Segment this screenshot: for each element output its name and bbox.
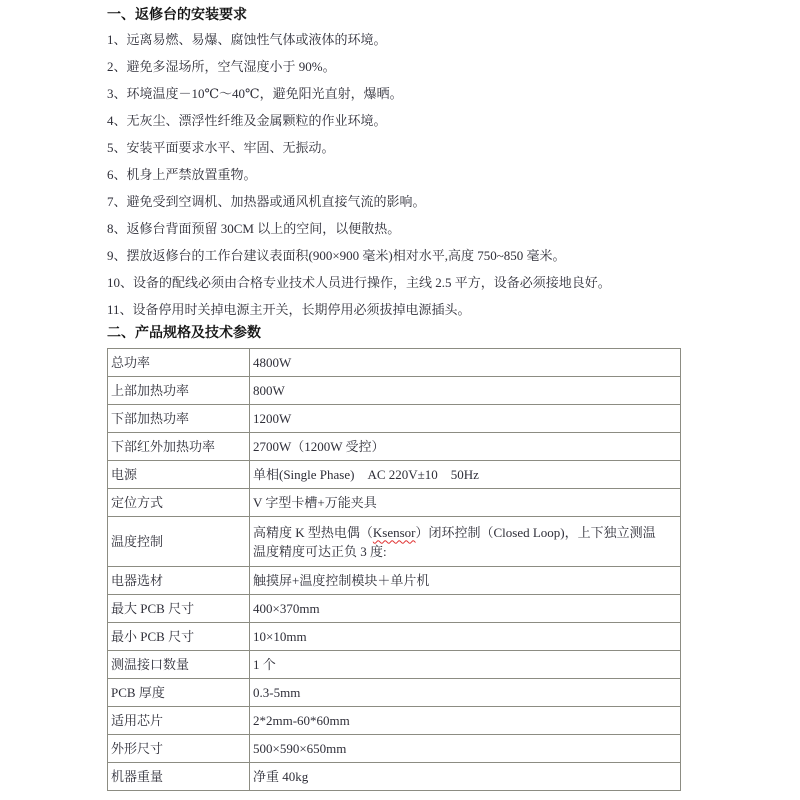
spec-label-cell: 总功率	[108, 349, 250, 377]
installation-requirements-list: 1、远离易燃、易爆、腐蚀性气体或液体的环境。 2、避免多湿场所，空气湿度小于 9…	[107, 26, 707, 323]
spec-value-cell: 2*2mm-60*60mm	[250, 707, 681, 735]
list-item: 11、设备停用时关掉电源主开关，长期停用必须拔掉电源插头。	[107, 296, 707, 323]
spec-label-cell: 下部红外加热功率	[108, 433, 250, 461]
spec-value-cell: 高精度 K 型热电偶（Ksensor）闭环控制（Closed Loop)，上下独…	[250, 517, 681, 567]
spec-label-cell: 最小 PCB 尺寸	[108, 623, 250, 651]
table-row: 最大 PCB 尺寸 400×370mm	[108, 595, 681, 623]
spec-value-cell: 触摸屏+温度控制模块＋单片机	[250, 567, 681, 595]
spec-value-cell: 1200W	[250, 405, 681, 433]
list-item: 3、环境温度－10℃～40℃，避免阳光直射，爆晒。	[107, 80, 707, 107]
misspelled-word: Ksensor	[373, 525, 416, 540]
table-row: 温度控制 高精度 K 型热电偶（Ksensor）闭环控制（Closed Loop…	[108, 517, 681, 567]
list-item: 7、避免受到空调机、加热器或通风机直接气流的影响。	[107, 188, 707, 215]
table-row: 下部红外加热功率 2700W（1200W 受控）	[108, 433, 681, 461]
spec-value-cell: 净重 40kg	[250, 763, 681, 791]
spec-label-cell: 机器重量	[108, 763, 250, 791]
section-1-heading: 一、返修台的安装要求	[107, 8, 707, 23]
table-row: PCB 厚度 0.3-5mm	[108, 679, 681, 707]
table-row: 电源 单相(Single Phase) AC 220V±10 50Hz	[108, 461, 681, 489]
spec-label-cell: 温度控制	[108, 517, 250, 567]
spec-label-cell: 适用芯片	[108, 707, 250, 735]
spec-label-cell: 下部加热功率	[108, 405, 250, 433]
list-item: 4、无灰尘、漂浮性纤维及金属颗粒的作业环境。	[107, 107, 707, 134]
table-row: 测温接口数量 1 个	[108, 651, 681, 679]
spec-label-cell: 测温接口数量	[108, 651, 250, 679]
table-row: 电器选材 触摸屏+温度控制模块＋单片机	[108, 567, 681, 595]
table-row: 最小 PCB 尺寸 10×10mm	[108, 623, 681, 651]
spec-value-cell: 500×590×650mm	[250, 735, 681, 763]
spec-value-cell: 4800W	[250, 349, 681, 377]
value-text: 高精度 K 型热电偶（	[253, 525, 373, 540]
table-row: 下部加热功率 1200W	[108, 405, 681, 433]
list-item: 6、机身上严禁放置重物。	[107, 161, 707, 188]
spec-value-cell: 400×370mm	[250, 595, 681, 623]
table-row: 机器重量 净重 40kg	[108, 763, 681, 791]
spec-label-cell: 电器选材	[108, 567, 250, 595]
spec-value-cell: 单相(Single Phase) AC 220V±10 50Hz	[250, 461, 681, 489]
spec-value-cell: 2700W（1200W 受控）	[250, 433, 681, 461]
table-row: 适用芯片 2*2mm-60*60mm	[108, 707, 681, 735]
list-item: 5、安装平面要求水平、牢固、无振动。	[107, 134, 707, 161]
spec-value-cell: 1 个	[250, 651, 681, 679]
table-row: 上部加热功率 800W	[108, 377, 681, 405]
spec-value-cell: 0.3-5mm	[250, 679, 681, 707]
spec-label-cell: 上部加热功率	[108, 377, 250, 405]
table-row: 外形尺寸 500×590×650mm	[108, 735, 681, 763]
list-item: 1、远离易燃、易爆、腐蚀性气体或液体的环境。	[107, 26, 707, 53]
document-page: 一、返修台的安装要求 1、远离易燃、易爆、腐蚀性气体或液体的环境。 2、避免多湿…	[0, 0, 707, 791]
list-item: 8、返修台背面预留 30CM 以上的空间，以便散热。	[107, 215, 707, 242]
spec-label-cell: 电源	[108, 461, 250, 489]
spec-label-cell: PCB 厚度	[108, 679, 250, 707]
table-row: 定位方式 V 字型卡槽+万能夹具	[108, 489, 681, 517]
spec-label-cell: 定位方式	[108, 489, 250, 517]
list-item: 10、设备的配线必须由合格专业技术人员进行操作，主线 2.5 平方，设备必须接地…	[107, 269, 707, 296]
table-row: 总功率 4800W	[108, 349, 681, 377]
spec-table: 总功率 4800W 上部加热功率 800W 下部加热功率 1200W 下部红外加…	[107, 348, 681, 791]
spec-label-cell: 最大 PCB 尺寸	[108, 595, 250, 623]
list-item: 2、避免多湿场所，空气湿度小于 90%。	[107, 53, 707, 80]
spec-value-cell: 800W	[250, 377, 681, 405]
list-item: 9、摆放返修台的工作台建议表面积(900×900 毫米)相对水平,高度 750~…	[107, 242, 707, 269]
spec-value-cell: V 字型卡槽+万能夹具	[250, 489, 681, 517]
spec-label-cell: 外形尺寸	[108, 735, 250, 763]
spec-value-cell: 10×10mm	[250, 623, 681, 651]
section-2-heading: 二、产品规格及技术参数	[107, 326, 707, 341]
